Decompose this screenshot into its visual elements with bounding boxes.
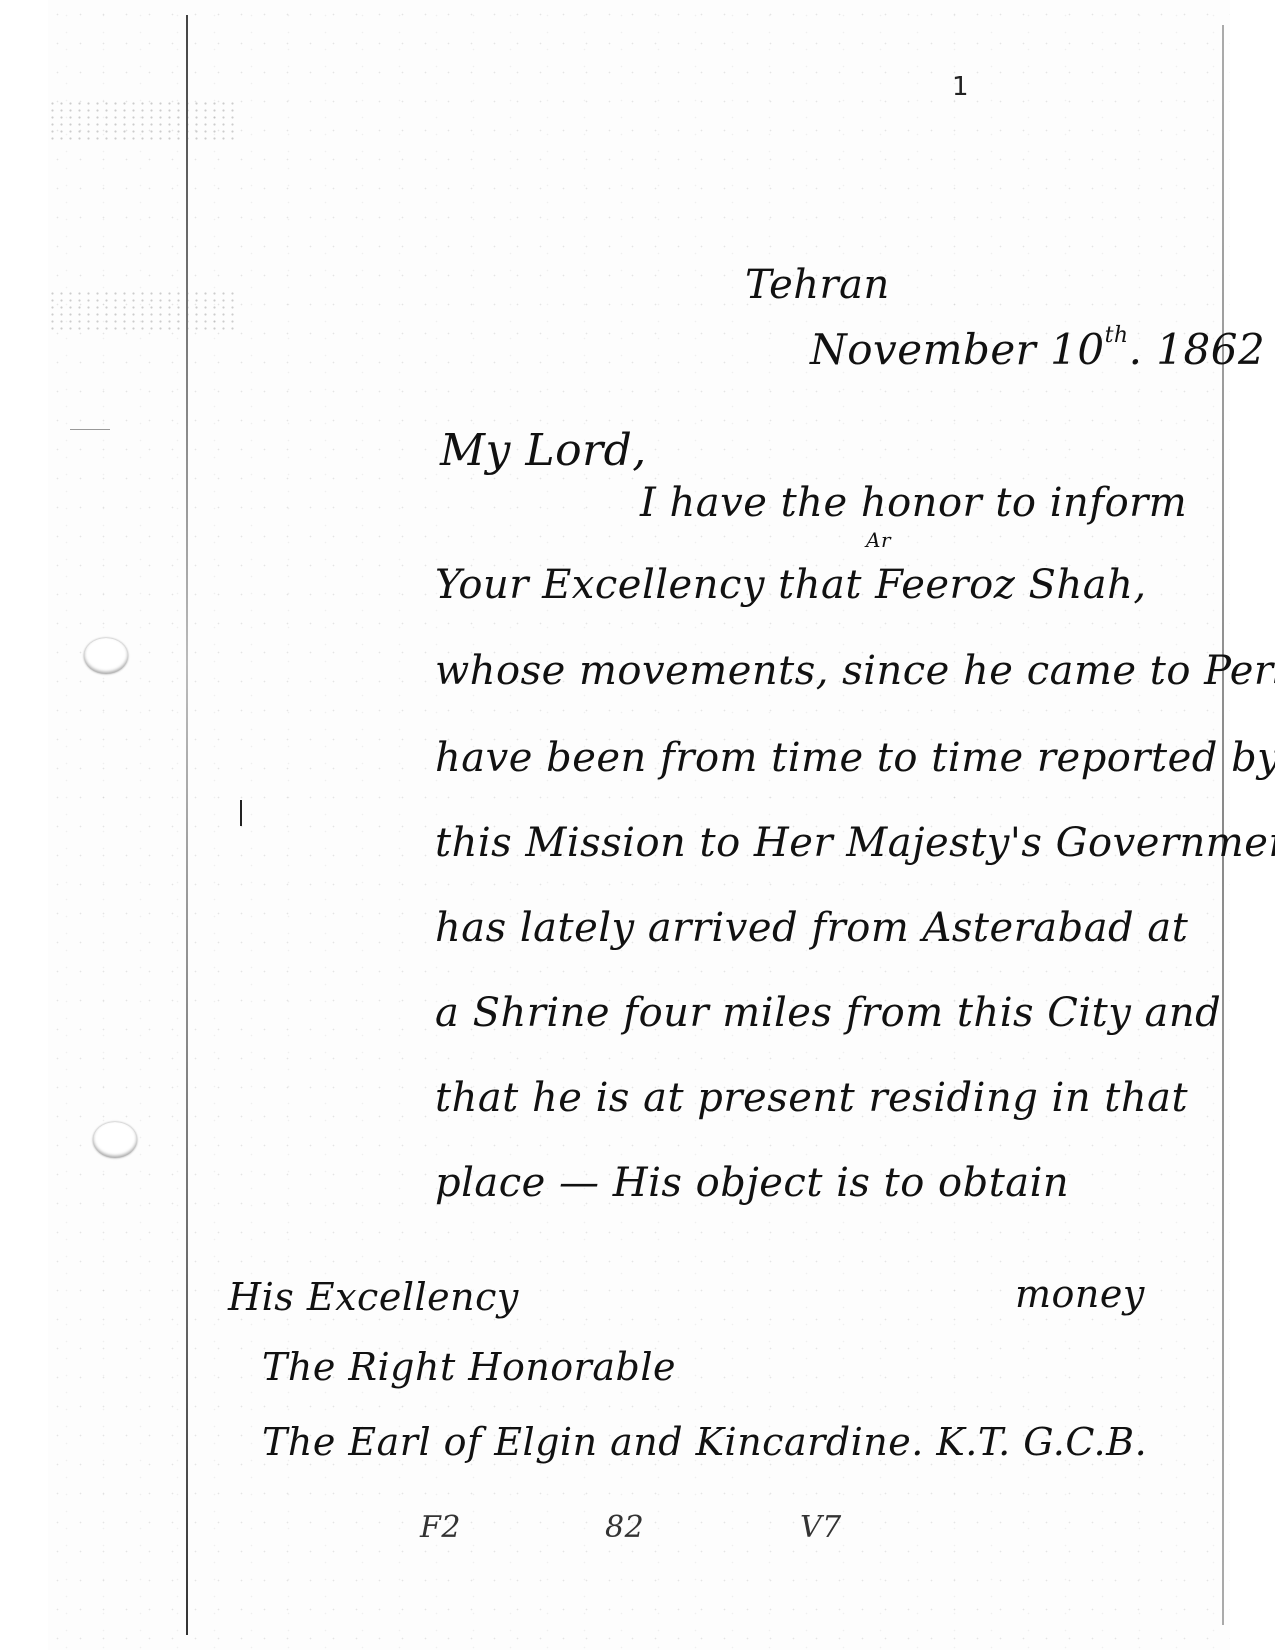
folio-mark: F2 <box>420 1510 461 1545</box>
body-line: has lately arrived from Asterabad at <box>435 905 1188 951</box>
body-line: that he is at present residing in that <box>435 1075 1188 1121</box>
addressee-line-1: His Excellency <box>228 1275 519 1319</box>
page-number: 1 <box>952 72 969 102</box>
folio-mark: V7 <box>800 1510 842 1545</box>
letter-page: 1 Tehran November 10th. 1862 My Lord, I … <box>0 0 1275 1650</box>
margin-tick-mark <box>240 800 242 826</box>
addressee-line-3: The Earl of Elgin and Kincardine. K.T. G… <box>262 1420 1147 1464</box>
body-line: whose movements, since he came to Persia… <box>435 648 1275 694</box>
body-line: I have the honor to inform <box>640 480 1187 526</box>
salutation: My Lord, <box>440 425 647 476</box>
body-line: Your Excellency that Feeroz Shah, <box>435 562 1147 608</box>
punch-hole-upper <box>84 638 128 674</box>
date-year: . 1862 <box>1129 325 1266 374</box>
letter-place: Tehran <box>745 262 890 308</box>
addressee-line-2: The Right Honorable <box>262 1345 676 1389</box>
body-line: place — His object is to obtain <box>435 1160 1069 1206</box>
date-month-day: November 10 <box>810 325 1105 374</box>
scan-border-left <box>0 0 48 1650</box>
bleed-through-smudge <box>48 100 238 140</box>
punch-hole-lower <box>93 1122 137 1158</box>
body-line: a Shrine four miles from this City and <box>435 990 1221 1036</box>
body-line: this Mission to Her Majesty's Government… <box>435 820 1275 866</box>
bleed-through-smudge <box>48 290 238 330</box>
letter-date: November 10th. 1862 <box>810 323 1265 374</box>
body-line: have been from time to time reported by <box>435 735 1275 781</box>
folio-mark: 82 <box>605 1510 644 1545</box>
insertion-mark: Ar <box>866 528 891 552</box>
margin-tick-mark <box>70 429 110 430</box>
date-ordinal: th <box>1105 323 1129 348</box>
left-margin-rule <box>186 15 188 1635</box>
catchword: money <box>1015 1272 1145 1316</box>
